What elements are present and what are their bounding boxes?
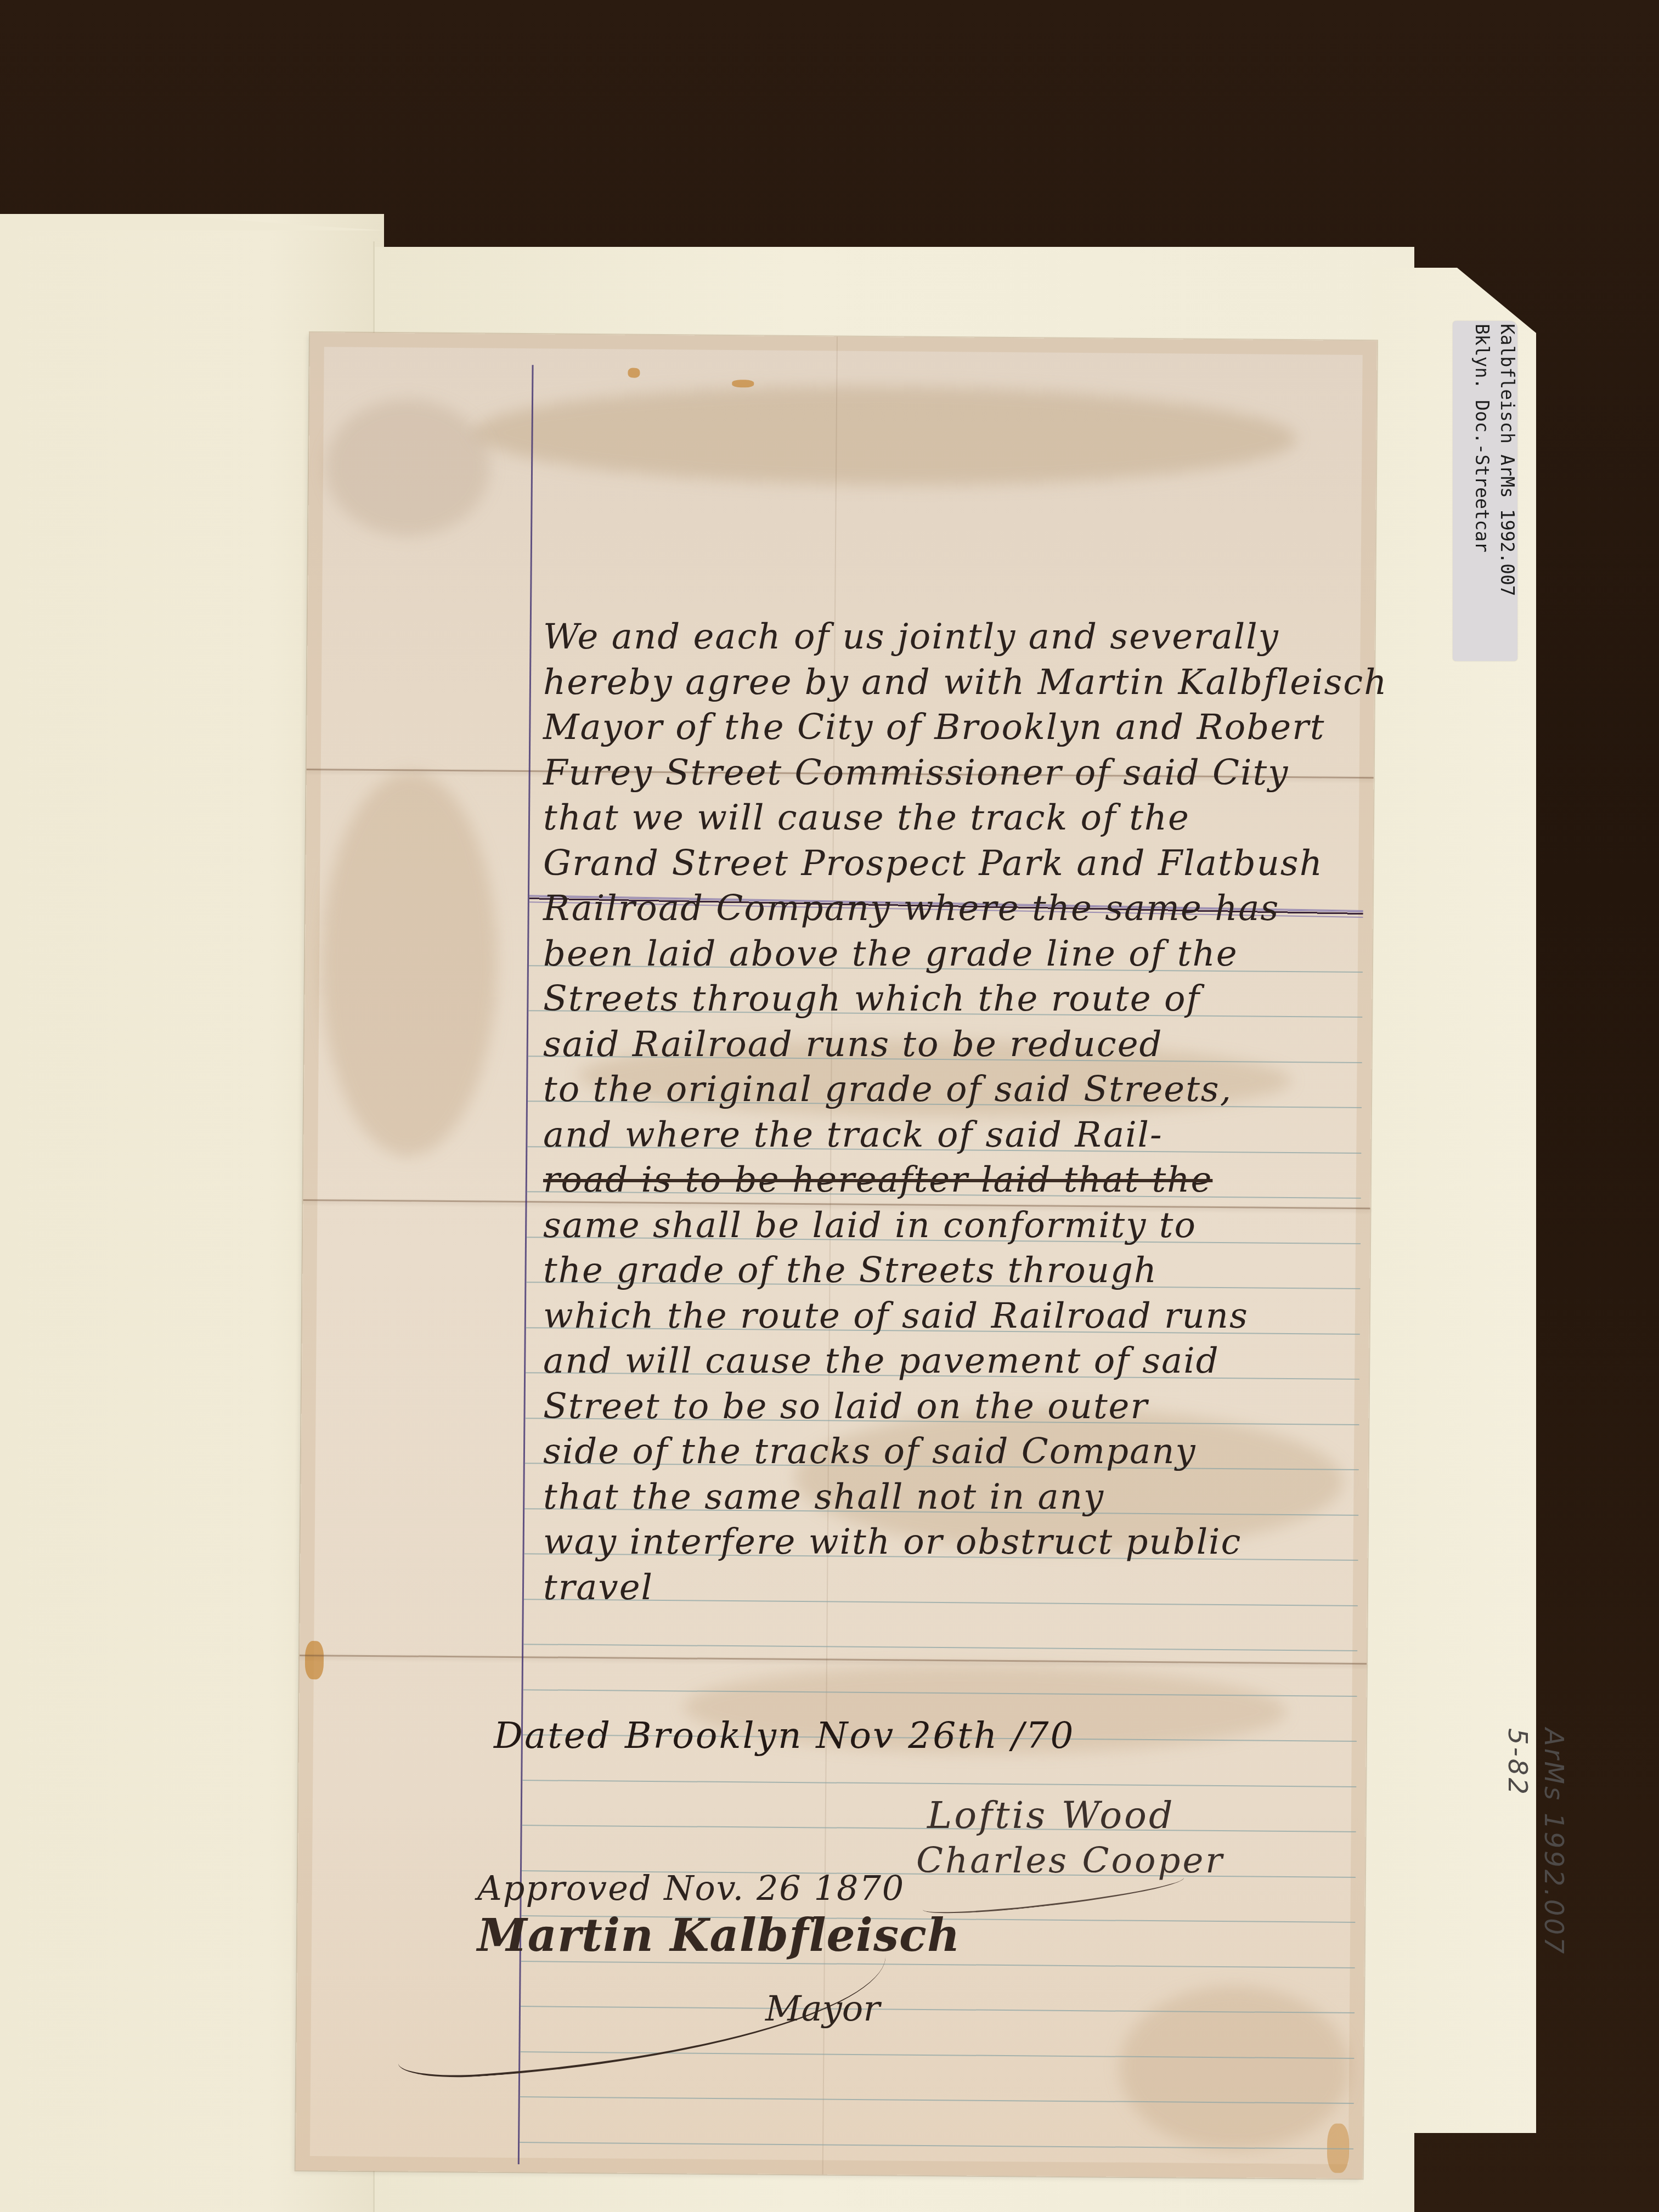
body-line: and will cause the pavement of said <box>543 1339 1366 1384</box>
folder-label-text: Kalbfleisch ArMs 1992.007 Bklyn. Doc.-St… <box>1469 324 1520 664</box>
water-stain <box>320 771 498 1156</box>
body-line: Railroad Company where the same has <box>543 886 1366 932</box>
fold-line <box>300 1655 1367 1664</box>
folder-label-line2: Bklyn. Doc.-Streetcar <box>1469 324 1494 664</box>
body-line: said Railroad runs to be reduced <box>543 1022 1366 1068</box>
mayor-title: Mayor <box>765 1989 880 2029</box>
ruled-line <box>523 1689 1357 1697</box>
body-line: Street to be so laid on the outer <box>543 1384 1366 1430</box>
ruled-line <box>522 1780 1356 1787</box>
body-line: and where the track of said Rail- <box>543 1113 1366 1158</box>
pencil-note-line1: ArMs 1992.007 <box>1536 1728 1572 1956</box>
body-line: the grade of the Streets through <box>543 1248 1366 1294</box>
ruled-line <box>520 2142 1353 2149</box>
body-line: way interfere with or obstruct public <box>543 1520 1366 1565</box>
signature-loftis-wood: Loftis Wood <box>927 1794 1175 1837</box>
body-line: been laid above the grade line of the <box>543 932 1366 977</box>
water-stain <box>325 398 490 537</box>
body-line: We and each of us jointly and severally <box>543 614 1366 660</box>
foxing-spot <box>305 1641 324 1679</box>
body-line: Grand Street Prospect Park and Flatbush <box>543 841 1366 887</box>
body-line-struck: road is to be hereafter laid that the <box>543 1158 1366 1203</box>
pencil-note-line2: 5-82 <box>1499 1728 1536 1956</box>
body-line: that the same shall not in any <box>543 1475 1366 1520</box>
body-line: same shall be laid in conformity to <box>543 1203 1366 1249</box>
date-line: Dated Brooklyn Nov 26th /70 <box>494 1714 1075 1757</box>
body-line: side of the tracks of said Company <box>543 1429 1366 1475</box>
folder-label-line1: Kalbfleisch ArMs 1992.007 <box>1494 324 1520 664</box>
body-line: Streets through which the route of <box>543 977 1366 1022</box>
water-stain <box>473 383 1297 488</box>
body-line: to the original grade of said Streets, <box>543 1067 1366 1113</box>
foxing-spot <box>628 368 640 378</box>
foxing-spot <box>732 380 754 387</box>
ruled-line <box>520 2096 1354 2104</box>
body-line: Furey Street Commissioner of said City <box>543 751 1366 796</box>
ruled-line <box>523 1644 1357 1651</box>
body-line: travel <box>543 1565 1366 1611</box>
body-line: Mayor of the City of Brooklyn and Robert <box>543 705 1366 751</box>
body-line: which the route of said Railroad runs <box>543 1294 1366 1339</box>
pencil-accession-note: ArMs 1992.007 5-82 <box>1499 1728 1572 1956</box>
approval-date: Approved Nov. 26 1870 <box>477 1868 905 1908</box>
water-stain <box>1119 1985 1350 2151</box>
body-line: hereby agree by and with Martin Kalbflei… <box>543 660 1366 706</box>
agreement-body: We and each of us jointly and severally … <box>543 614 1366 1610</box>
body-line: that we will cause the track of the <box>543 795 1366 841</box>
